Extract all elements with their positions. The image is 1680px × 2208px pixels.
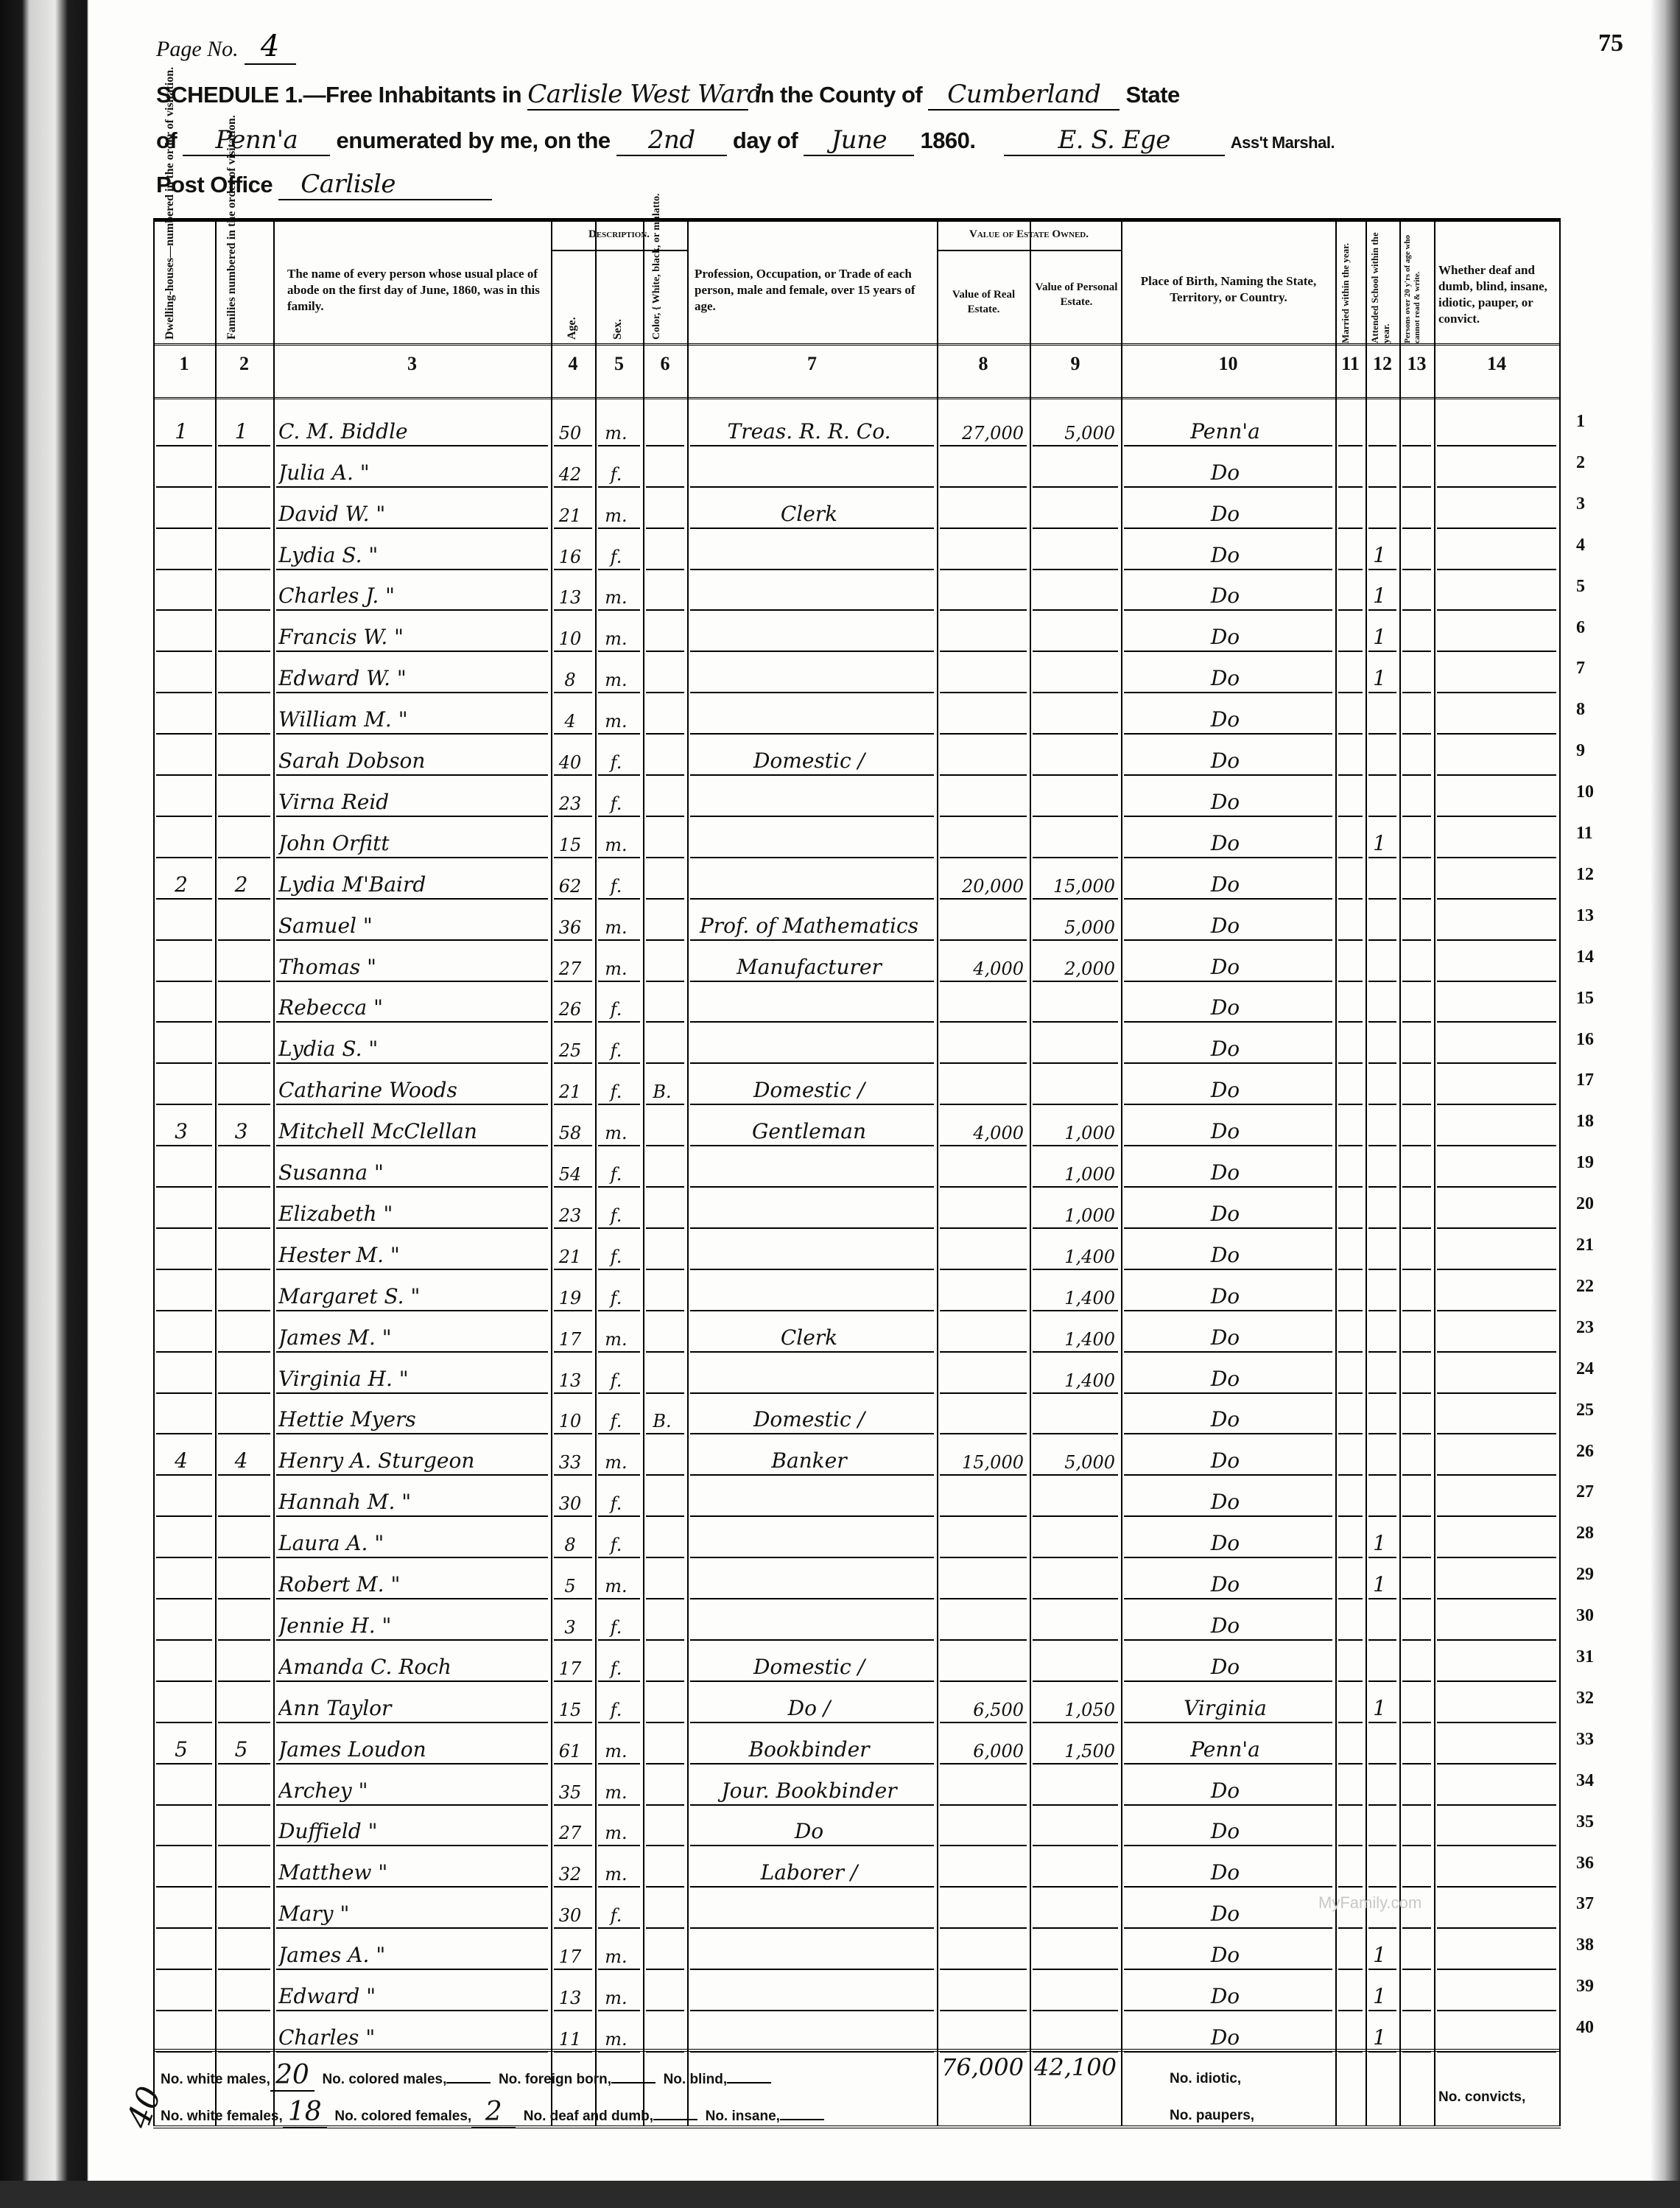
cell-school: 1 [1366, 625, 1393, 649]
col-8-header: Value of Real Estate. [941, 288, 1026, 317]
cell-sex: f. [595, 1700, 637, 1720]
row-number: 14 [1576, 947, 1594, 967]
table-row: Rebecca "26f.Do [153, 982, 1561, 1023]
cell-sex: f. [595, 876, 637, 897]
table-row: David W. "21m.ClerkDo [153, 488, 1561, 529]
cell-age: 15 [551, 1700, 589, 1720]
row-number: 32 [1576, 1689, 1594, 1708]
col-num: 13 [1399, 353, 1434, 375]
cell-sex: m. [595, 1123, 637, 1143]
row-number: 26 [1576, 1442, 1594, 1462]
cell-real: 27,000 [937, 423, 1024, 444]
cell-name: Hettie Myers [278, 1407, 545, 1431]
cell-school: 1 [1366, 831, 1393, 855]
post-office-line: Post Office Carlisle [156, 169, 492, 200]
summary-row-1: No. white males,20 No. colored males, No… [161, 2060, 771, 2092]
colored-males-label: No. colored males, [322, 2072, 446, 2087]
cell-name: Hester M. " [278, 1243, 545, 1267]
cell-name: Charles " [278, 2025, 545, 2050]
cell-name: Edward " [278, 1984, 545, 2008]
row-number: 38 [1576, 1935, 1594, 1955]
cell-school: 1 [1366, 1572, 1393, 1597]
table-row: Susanna "54f.1,000Do [153, 1146, 1561, 1188]
cell-name: Samuel " [278, 914, 545, 938]
cell-sex: f. [595, 1411, 637, 1431]
cell-birth: Penn'a [1121, 1737, 1329, 1762]
cell-personal: 1,000 [1030, 1205, 1115, 1226]
cell-age: 8 [551, 1535, 589, 1555]
cell-birth: Do [1121, 625, 1329, 649]
cell-personal: 1,400 [1030, 1370, 1115, 1391]
cell-name: Laura A. " [278, 1531, 545, 1555]
cell-real: 6,000 [937, 1741, 1024, 1762]
cell-age: 19 [551, 1288, 589, 1308]
cell-birth: Do [1121, 1943, 1329, 1967]
row-number: 33 [1576, 1730, 1594, 1750]
cell-birth: Do [1121, 955, 1329, 979]
table-row: Duffield "27m.DoDo [153, 1806, 1561, 1847]
cell-birth: Do [1121, 1325, 1329, 1350]
col-1-header: Dwelling-houses—numbered in the order of… [164, 229, 177, 340]
col-num: 12 [1366, 353, 1399, 375]
col-num: 14 [1434, 353, 1559, 375]
cell-age: 33 [551, 1452, 589, 1473]
cell-birth: Do [1121, 1367, 1329, 1391]
cell-family: 5 [215, 1737, 267, 1762]
colored-females-label: No. colored females, [334, 2109, 471, 2124]
cell-name: Mary " [278, 1902, 545, 1926]
cell-name: David W. " [278, 502, 545, 526]
table-row: Hester M. "21f.1,400Do [153, 1229, 1561, 1270]
row-number: 29 [1576, 1565, 1594, 1585]
row-number: 16 [1576, 1030, 1594, 1050]
white-males-label: No. white males, [161, 2072, 270, 2087]
cell-age: 17 [551, 1658, 589, 1679]
cell-name: Elizabeth " [278, 1202, 545, 1226]
enumerated-label: enumerated by me, on the [337, 127, 611, 153]
cell-age: 5 [551, 1576, 589, 1597]
cell-occupation: Domestic / [687, 749, 931, 773]
cell-age: 4 [551, 711, 589, 732]
cell-age: 15 [551, 835, 589, 855]
cell-age: 21 [551, 505, 589, 526]
cell-occupation: Treas. R. R. Co. [687, 419, 931, 444]
description-group-header: Description. [551, 228, 687, 242]
cell-sex: f. [595, 999, 637, 1020]
col-2-header: Families numbered in the order of visita… [225, 229, 239, 340]
cell-birth: Do [1121, 502, 1329, 526]
cell-personal: 5,000 [1030, 423, 1115, 444]
row-number: 5 [1576, 577, 1585, 597]
month-field: June [804, 125, 914, 156]
marshal-label: Ass't Marshal. [1231, 133, 1335, 152]
marshal-field: E. S. Ege [1004, 125, 1225, 156]
table-row: Archey "35m.Jour. BookbinderDo [153, 1764, 1561, 1806]
row-number: 10 [1576, 782, 1594, 802]
cell-occupation: Laborer / [687, 1860, 931, 1885]
table-row: Sarah Dobson40f.Domestic /Do [153, 735, 1561, 776]
col-num: 7 [687, 353, 937, 375]
cell-sex: f. [595, 1617, 637, 1638]
cell-occupation: Domestic / [687, 1655, 931, 1679]
cell-sex: m. [595, 1741, 637, 1762]
cell-real: 20,000 [937, 876, 1024, 897]
cell-birth: Do [1121, 831, 1329, 855]
cell-sex: f. [595, 752, 637, 773]
cell-personal: 1,000 [1030, 1164, 1115, 1185]
table-row: Jennie H. "3f.Do [153, 1599, 1561, 1641]
cell-name: Susanna " [278, 1160, 545, 1185]
cell-age: 30 [551, 1493, 589, 1514]
cell-sex: f. [595, 1205, 637, 1226]
row-number: 17 [1576, 1070, 1594, 1090]
cell-age: 61 [551, 1741, 589, 1762]
cell-birth: Do [1121, 1119, 1329, 1143]
cell-occupation: Do [687, 1819, 931, 1843]
table-row: Amanda C. Roch17f.Domestic /Do [153, 1641, 1561, 1682]
cell-birth: Do [1121, 914, 1329, 938]
col-num: 1 [153, 353, 215, 375]
table-row: Thomas "27m.Manufacturer4,0002,000Do [153, 941, 1561, 982]
cell-school: 1 [1366, 1943, 1393, 1967]
row-number: 2 [1576, 453, 1585, 473]
table-row: William M. "4m.Do [153, 693, 1561, 735]
cell-birth: Do [1121, 1407, 1329, 1431]
row-number: 23 [1576, 1318, 1594, 1338]
col-num: 5 [595, 353, 643, 375]
cell-name: James A. " [278, 1943, 545, 1967]
row-number: 1 [1576, 412, 1585, 432]
cell-sex: m. [595, 1864, 637, 1885]
cell-birth: Do [1121, 1778, 1329, 1803]
table-row: James M. "17m.Clerk1,400Do [153, 1311, 1561, 1353]
cell-name: Ann Taylor [278, 1696, 545, 1720]
row-number: 9 [1576, 741, 1585, 761]
paupers-label: No. paupers, [1170, 2108, 1254, 2124]
cell-age: 40 [551, 752, 589, 773]
cell-age: 21 [551, 1082, 589, 1102]
col-num: 2 [215, 353, 273, 375]
row-number: 15 [1576, 989, 1594, 1009]
cell-birth: Do [1121, 1037, 1329, 1061]
cell-age: 13 [551, 1988, 589, 2008]
cell-birth: Do [1121, 1490, 1329, 1514]
table-row: Catharine Woods21f.B.Domestic /Do [153, 1064, 1561, 1105]
cell-sex: m. [595, 1946, 637, 1967]
cell-real: 15,000 [937, 1452, 1024, 1473]
cell-sex: m. [595, 423, 637, 444]
cell-birth: Do [1121, 666, 1329, 690]
cell-dwelling: 2 [153, 872, 209, 897]
cell-name: Virna Reid [278, 790, 545, 814]
cell-sex: m. [595, 1329, 637, 1350]
cell-occupation: Do / [687, 1696, 931, 1720]
cell-age: 32 [551, 1864, 589, 1885]
cell-name: Francis W. " [278, 625, 545, 649]
cell-school: 1 [1366, 1984, 1393, 2008]
table-row: Francis W. "10m.Do1 [153, 611, 1561, 653]
cell-personal: 2,000 [1030, 958, 1115, 979]
cell-family: 1 [215, 419, 267, 444]
schedule-line: SCHEDULE 1.—Free Inhabitants in Carlisle… [156, 80, 1180, 111]
census-table: Dwelling-houses—numbered in the order of… [153, 218, 1561, 2128]
table-row: 22Lydia M'Baird62f.20,00015,000Do [153, 858, 1561, 900]
table-row: Charles "11m.Do1 [153, 2011, 1561, 2053]
cell-age: 50 [551, 423, 589, 444]
row-number: 6 [1576, 618, 1585, 638]
cell-age: 54 [551, 1164, 589, 1185]
cell-name: Rebecca " [278, 995, 545, 1020]
cell-sex: m. [595, 1988, 637, 2008]
col-num: 3 [273, 353, 551, 375]
cell-sex: m. [595, 958, 637, 979]
cell-sex: m. [595, 1823, 637, 1843]
cell-birth: Do [1121, 1448, 1329, 1473]
cell-birth: Do [1121, 1243, 1329, 1267]
cell-dwelling: 3 [153, 1119, 209, 1143]
total-real-estate: 76,000 [941, 2053, 1024, 2081]
row-number: 37 [1576, 1894, 1594, 1914]
cell-personal: 1,050 [1030, 1700, 1115, 1720]
foreign-born-label: No. foreign born, [499, 2072, 611, 2087]
county-label: in the County of [754, 82, 922, 108]
row-number: 21 [1576, 1236, 1594, 1255]
cell-birth: Do [1121, 1531, 1329, 1555]
cell-sex: f. [595, 1164, 637, 1185]
cell-name: Henry A. Sturgeon [278, 1448, 545, 1473]
county-field: Cumberland [928, 80, 1120, 111]
cell-name: Charles J. " [278, 583, 545, 608]
cell-age: 16 [551, 547, 589, 567]
cell-name: Julia A. " [278, 460, 545, 485]
cell-age: 8 [551, 670, 589, 690]
row-number: 11 [1576, 824, 1593, 844]
page-label: Page No. [156, 37, 239, 61]
cell-personal: 1,000 [1030, 1123, 1115, 1143]
table-row: Matthew "32m.Laborer /Do [153, 1847, 1561, 1888]
cell-name: Edward W. " [278, 666, 545, 690]
table-row: Edward "13m.Do1 [153, 1970, 1561, 2011]
folio-number: 75 [1598, 29, 1623, 57]
cell-age: 23 [551, 1205, 589, 1226]
cell-birth: Do [1121, 995, 1329, 1020]
blind-value [727, 2082, 771, 2083]
colored-males-value [446, 2082, 491, 2083]
state-label: State [1125, 82, 1179, 108]
cell-name: Sarah Dobson [278, 749, 545, 773]
cell-age: 42 [551, 464, 589, 485]
cell-name: William M. " [278, 707, 545, 732]
table-row: 11C. M. Biddle50m.Treas. R. R. Co.27,000… [153, 405, 1561, 446]
cell-sex: f. [595, 1247, 637, 1267]
cell-dwelling: 1 [153, 419, 209, 444]
cell-birth: Do [1121, 543, 1329, 567]
cell-sex: f. [595, 1040, 637, 1061]
cell-sex: m. [595, 505, 637, 526]
blind-label: No. blind, [664, 2072, 728, 2087]
row-number: 7 [1576, 659, 1585, 679]
cell-real: 4,000 [937, 958, 1024, 979]
cell-personal: 1,400 [1030, 1247, 1115, 1267]
cell-sex: f. [595, 793, 637, 814]
year-label: 1860. [920, 127, 975, 153]
cell-real: 6,500 [937, 1700, 1024, 1720]
cell-name: John Orfitt [278, 831, 545, 855]
cell-birth: Do [1121, 1160, 1329, 1185]
total-personal-estate: 42,100 [1034, 2053, 1117, 2081]
cell-occupation: Jour. Bookbinder [687, 1778, 931, 1803]
insane-label: No. insane, [706, 2109, 780, 2124]
row-number: 28 [1576, 1524, 1594, 1543]
day-of-label: day of [733, 127, 798, 153]
col-4-header: Age. [566, 317, 579, 340]
cell-name: Mitchell McClellan [278, 1119, 545, 1143]
cell-name: Amanda C. Roch [278, 1655, 545, 1679]
row-number: 30 [1576, 1606, 1594, 1626]
cell-school: 1 [1366, 1531, 1393, 1555]
table-row: John Orfitt15m.Do1 [153, 817, 1561, 858]
convicts-label: No. convicts, [1438, 2089, 1525, 2106]
cell-birth: Do [1121, 1202, 1329, 1226]
cell-birth: Do [1121, 1572, 1329, 1597]
cell-birth: Do [1121, 1078, 1329, 1102]
cell-sex: f. [595, 1082, 637, 1102]
row-number: 4 [1576, 536, 1585, 555]
cell-age: 13 [551, 587, 589, 608]
col-7-header: Profession, Occupation, or Trade of each… [695, 266, 930, 315]
cell-name: Hannah M. " [278, 1490, 545, 1514]
table-row: Ann Taylor15f.Do /6,5001,050Virginia1 [153, 1682, 1561, 1723]
cell-birth: Do [1121, 1860, 1329, 1885]
state-field: Penn'a [183, 125, 330, 156]
col-13-header: Persons over 20 y'rs of age who cannot r… [1403, 225, 1421, 343]
cell-name: Lydia S. " [278, 1037, 545, 1061]
row-number: 40 [1576, 2018, 1594, 2038]
cell-birth: Do [1121, 872, 1329, 897]
cell-birth: Do [1121, 1655, 1329, 1679]
table-row: 33Mitchell McClellan58m.Gentleman4,0001,… [153, 1105, 1561, 1146]
cell-sex: f. [595, 1658, 637, 1679]
page-number-value: 4 [245, 29, 296, 65]
col-num: 8 [937, 353, 1030, 375]
cell-birth: Do [1121, 749, 1329, 773]
cell-name: C. M. Biddle [278, 419, 545, 444]
deaf-dumb-value [653, 2119, 697, 2120]
table-row: Lydia S. "25f.Do [153, 1023, 1561, 1065]
cell-sex: f. [595, 1905, 637, 1926]
cell-birth: Penn'a [1121, 419, 1329, 444]
cell-dwelling: 4 [153, 1448, 209, 1473]
summary-row-2: No. white females,18 No. colored females… [161, 2097, 824, 2128]
col-12-header: Attended School within the year. [1370, 225, 1392, 343]
table-row: 44Henry A. Sturgeon33m.Banker15,0005,000… [153, 1435, 1561, 1476]
place-field: Carlisle West Ward [527, 80, 748, 111]
row-number: 24 [1576, 1359, 1594, 1379]
row-number: 31 [1576, 1647, 1594, 1667]
table-row: Julia A. "42f.Do [153, 446, 1561, 488]
cell-name: Lydia S. " [278, 543, 545, 567]
cell-family: 2 [215, 872, 267, 897]
cell-sex: m. [595, 587, 637, 608]
cell-sex: m. [595, 2029, 637, 2050]
cell-sex: m. [595, 711, 637, 732]
table-row: Virginia H. "13f.1,400Do [153, 1353, 1561, 1394]
cell-occupation: Clerk [687, 502, 931, 526]
cell-age: 27 [551, 958, 589, 979]
cell-school: 1 [1366, 666, 1393, 690]
cell-family: 3 [215, 1119, 267, 1143]
foreign-born-value [611, 2082, 656, 2083]
cell-age: 62 [551, 876, 589, 897]
cell-occupation: Gentleman [687, 1119, 931, 1143]
cell-age: 10 [551, 628, 589, 649]
cell-age: 11 [551, 2029, 589, 2050]
cell-sex: f. [595, 1493, 637, 1514]
cell-real: 4,000 [937, 1123, 1024, 1143]
insane-value [780, 2119, 824, 2120]
cell-name: Archey " [278, 1778, 545, 1803]
cell-sex: f. [595, 547, 637, 567]
cell-age: 30 [551, 1905, 589, 1926]
cell-sex: m. [595, 1452, 637, 1473]
cell-age: 23 [551, 793, 589, 814]
enumeration-line: of Penn'a enumerated by me, on the 2nd d… [156, 125, 1335, 156]
cell-name: Lydia M'Baird [278, 872, 545, 897]
row-number: 22 [1576, 1277, 1594, 1297]
cell-occupation: Prof. of Mathematics [687, 914, 931, 938]
cell-age: 13 [551, 1370, 589, 1391]
cell-name: James M. " [278, 1325, 545, 1350]
cell-name: Thomas " [278, 955, 545, 979]
cell-sex: m. [595, 670, 637, 690]
col-num: 10 [1121, 353, 1335, 375]
cell-occupation: Domestic / [687, 1078, 931, 1102]
row-number: 8 [1576, 700, 1585, 720]
colored-females-value: 2 [471, 2097, 516, 2128]
cell-school: 1 [1366, 1696, 1393, 1720]
cell-name: James Loudon [278, 1737, 545, 1762]
cell-occupation: Domestic / [687, 1407, 931, 1431]
table-row: Laura A. "8f.Do1 [153, 1517, 1561, 1558]
cell-name: Matthew " [278, 1860, 545, 1885]
row-number: 18 [1576, 1112, 1594, 1132]
cell-name: Duffield " [278, 1819, 545, 1843]
col-14-header: Whether deaf and dumb, blind, insane, id… [1438, 262, 1556, 327]
cell-age: 17 [551, 1329, 589, 1350]
cell-birth: Virginia [1121, 1696, 1329, 1720]
page-edge [1650, 0, 1680, 2208]
cell-occupation: Manufacturer [687, 955, 931, 979]
cell-age: 36 [551, 917, 589, 938]
col-5-header: Sex. [611, 319, 625, 340]
white-males-value: 20 [270, 2060, 314, 2092]
page-number: Page No.4 [156, 29, 296, 65]
cell-birth: Do [1121, 1902, 1329, 1926]
col-10-header: Place of Birth, Naming the State, Territ… [1125, 273, 1332, 306]
deaf-dumb-label: No. deaf and dumb, [524, 2109, 653, 2124]
cell-personal: 5,000 [1030, 1452, 1115, 1473]
white-females-value: 18 [283, 2097, 327, 2128]
row-number: 34 [1576, 1771, 1594, 1791]
cell-birth: Do [1121, 790, 1329, 814]
book-binding [0, 0, 88, 2208]
row-number: 19 [1576, 1153, 1594, 1173]
cell-sex: m. [595, 1782, 637, 1803]
row-number: 3 [1576, 494, 1585, 514]
col-num: 4 [551, 353, 595, 375]
row-number: 20 [1576, 1194, 1594, 1214]
cell-birth: Do [1121, 460, 1329, 485]
